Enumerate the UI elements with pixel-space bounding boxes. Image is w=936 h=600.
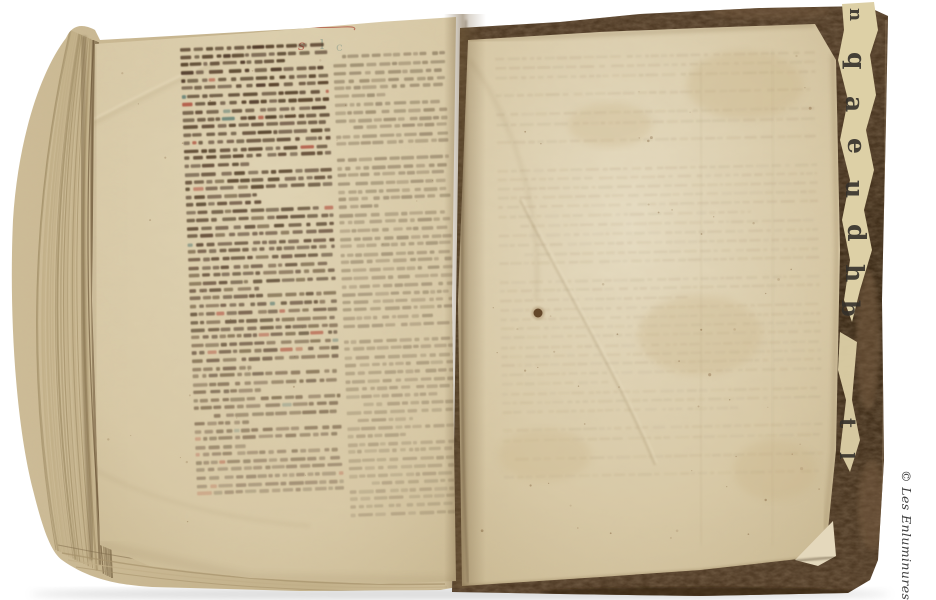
fragment-glyph: u [840, 180, 869, 198]
fragment-glyph: a [840, 96, 869, 112]
vellum-crease [700, 60, 702, 545]
fragment-glyph: n [845, 8, 866, 21]
red-flourish-loop [255, 23, 263, 30]
left-page: s l c [80, 0, 470, 600]
fragment-glyph: h [840, 264, 869, 282]
fragment-glyph: q [842, 52, 871, 69]
fragment-glyph: l [835, 452, 859, 460]
fragment-glyph: b [836, 300, 865, 317]
wormhole-halo [532, 307, 545, 320]
manuscript-photo-scene: n q a e u d h b t l [0, 0, 936, 600]
fragment-glyph: t [834, 418, 860, 429]
stain [687, 51, 803, 119]
gutter [444, 14, 486, 588]
stain [733, 440, 817, 500]
fragment-glyph: e [842, 138, 871, 154]
manuscript-photo: n q a e u d h b t l [0, 0, 936, 600]
header-mark: c [336, 40, 343, 54]
right-page [450, 10, 850, 595]
stain [568, 103, 652, 147]
watermark-text: © Les Enluminures [899, 470, 914, 600]
fragment-glyph: d [842, 224, 871, 241]
stain [499, 429, 591, 481]
